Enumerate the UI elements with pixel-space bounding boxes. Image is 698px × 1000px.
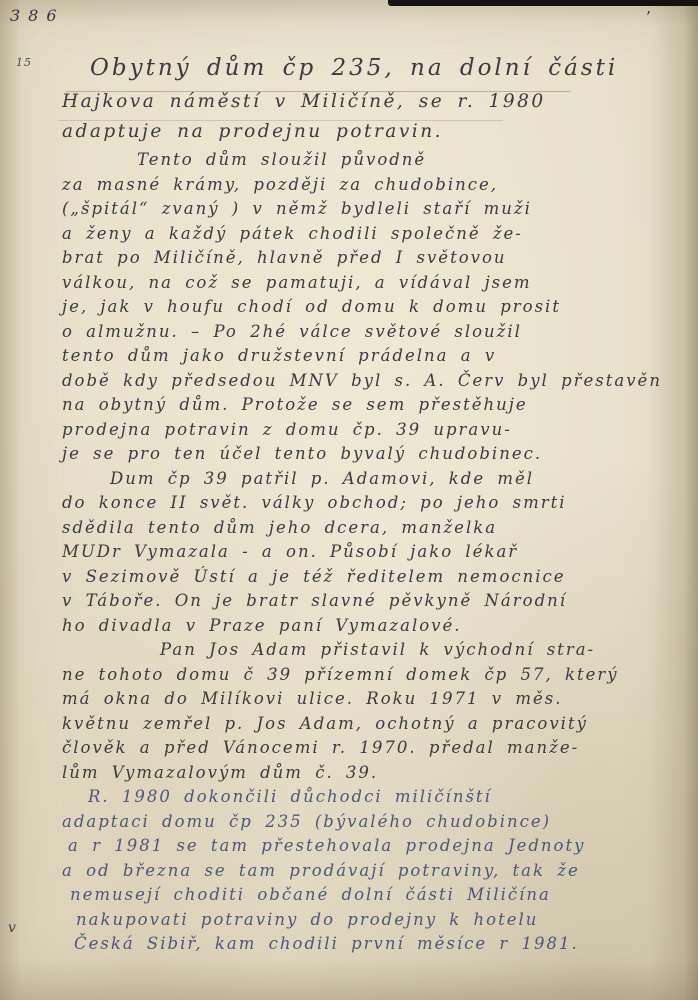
manuscript-line: má okna do Milíkovi ulice. Roku 1971 v m… (62, 688, 694, 713)
manuscript-line: prodejna potravin z domu čp. 39 upravu- (62, 419, 694, 444)
manuscript-line: a ženy a každý pátek chodili společně že… (62, 223, 694, 248)
manuscript-line: ne tohoto domu č 39 přízemní domek čp 57… (62, 664, 694, 689)
manuscript-line: nakupovati potraviny do prodejny k hotel… (62, 909, 694, 934)
scanned-document: 386 15 v ’ Obytný dům čp 235, na dolní č… (0, 0, 698, 1000)
scan-edge-strip (388, 0, 698, 6)
manuscript-line: Tento dům sloužil původně (62, 149, 694, 174)
margin-note-top: 15 (16, 56, 32, 69)
manuscript-line: MUDr Vymazala - a on. Působí jako lékař (62, 541, 694, 566)
manuscript-line: v Táboře. On je bratr slavné pěvkyně Nár… (62, 590, 694, 615)
manuscript-line: a od března se tam prodávají potraviny, … (62, 860, 694, 885)
manuscript-line: a r 1981 se tam přestehovala prodejna Je… (62, 835, 694, 860)
margin-note-bottom: v (8, 920, 16, 936)
page-number: 386 (10, 6, 65, 25)
manuscript-line: Obytný dům čp 235, na dolní části (62, 44, 694, 90)
manuscript-line: brat po Miličíně, hlavně před I světovou (62, 247, 694, 272)
manuscript-line: je, jak v houfu chodí od domu k domu pro… (62, 296, 694, 321)
manuscript-line: ho divadla v Praze paní Vymazalové. (62, 615, 694, 640)
manuscript-line: je se pro ten účel tento byvalý chudobin… (62, 443, 694, 468)
manuscript-line: sdědila tento dům jeho dcera, manželka (62, 517, 694, 542)
manuscript-line: R. 1980 dokončili důchodci miličínští (62, 786, 694, 811)
corner-ink-mark: ’ (646, 8, 651, 26)
manuscript-line: o almužnu. – Po 2hé válce světové slouži… (62, 321, 694, 346)
manuscript-line: květnu zemřel p. Jos Adam, ochotný a pra… (62, 713, 694, 738)
manuscript-line: („špitál“ zvaný ) v němž bydleli staří m… (62, 198, 694, 223)
manuscript-line: nemusejí choditi občané dolní části Mili… (62, 884, 694, 909)
manuscript-line: člověk a před Vánocemi r. 1970. předal m… (62, 737, 694, 762)
manuscript-line: na obytný dům. Protože se sem přestěhuje (62, 394, 694, 419)
manuscript-line: adaptaci domu čp 235 (bývalého chudobinc… (62, 811, 694, 836)
manuscript-line: v Sezimově Ústí a je též ředitelem nemoc… (62, 566, 694, 591)
manuscript-line: tento dům jako družstevní prádelna a v (62, 345, 694, 370)
handwritten-text-block: Obytný dům čp 235, na dolní částiHajkova… (62, 44, 694, 958)
manuscript-line: lům Vymazalovým dům č. 39. (62, 762, 694, 787)
manuscript-line: za masné krámy, později za chudobince, (62, 174, 694, 199)
manuscript-line: Dum čp 39 patřil p. Adamovi, kde měl (62, 468, 694, 493)
manuscript-line: Česká Sibiř, kam chodili první měsíce r … (62, 933, 694, 958)
manuscript-line: době kdy předsedou MNV byl s. A. Červ by… (62, 370, 694, 395)
manuscript-line: Pan Jos Adam přistavil k východní stra- (62, 639, 694, 664)
manuscript-line: do konce II svět. války obchod; po jeho … (62, 492, 694, 517)
manuscript-line: adaptuje na prodejnu potravin. (62, 120, 694, 150)
manuscript-line: Hajkova náměstí v Miličíně, se r. 1980 (62, 90, 694, 120)
manuscript-line: válkou, na což se pamatuji, a vídával js… (62, 272, 694, 297)
